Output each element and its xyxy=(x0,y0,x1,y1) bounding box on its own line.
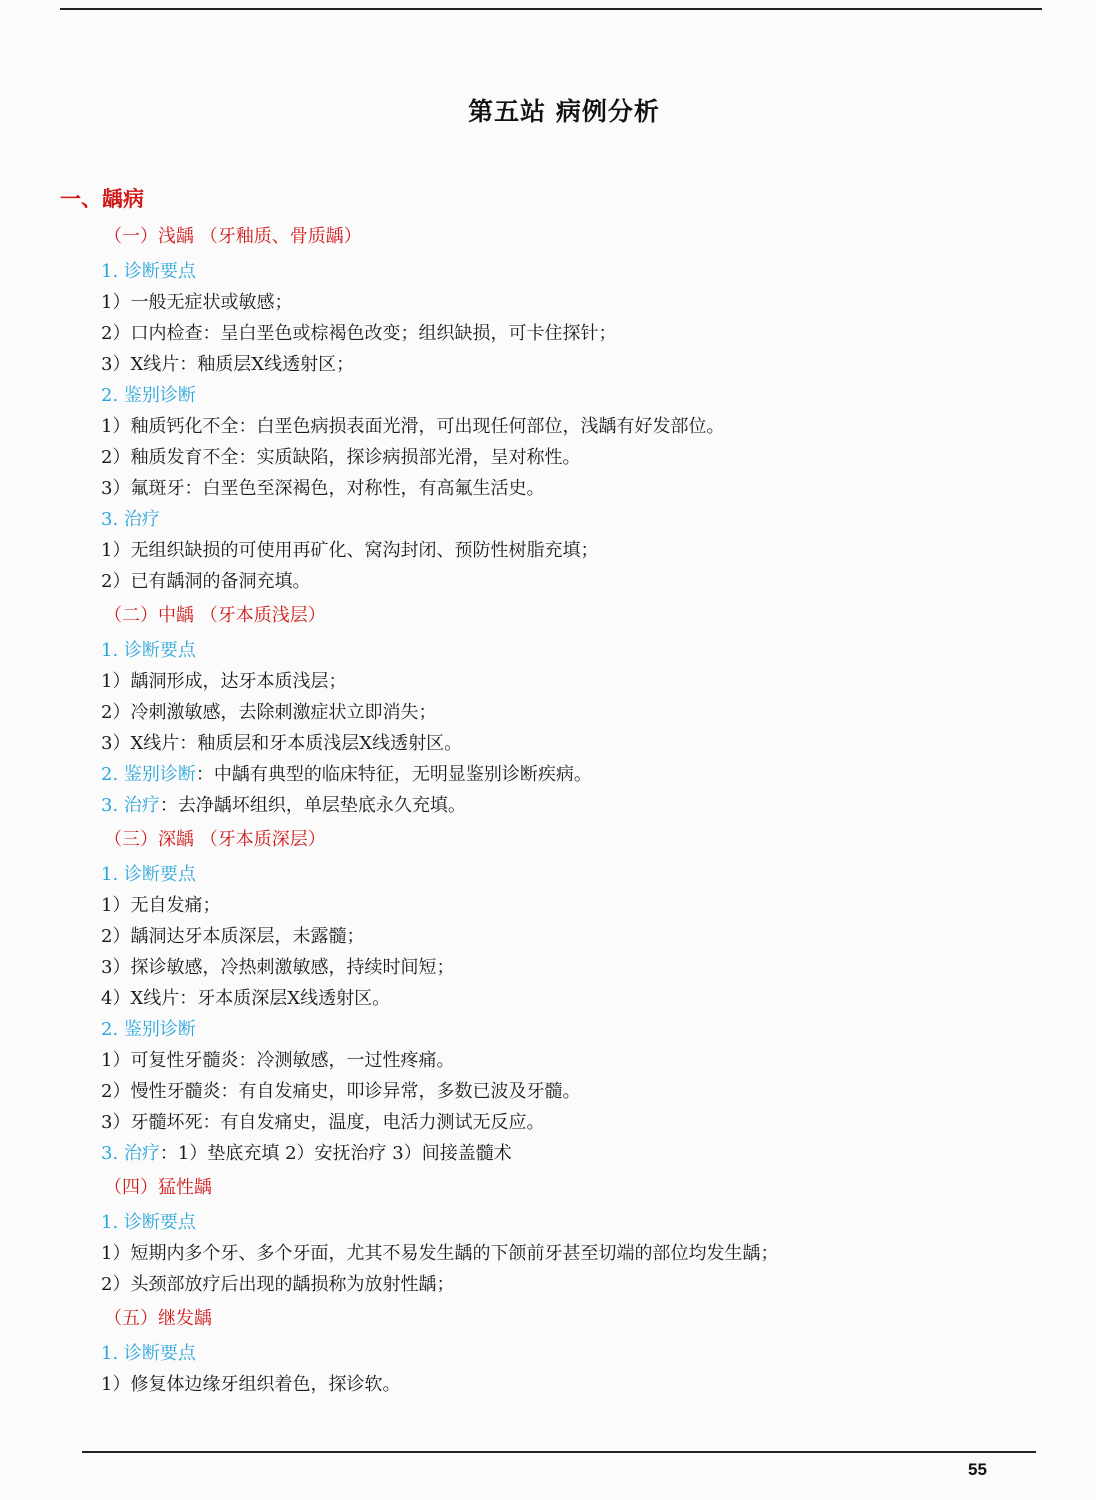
inline-heading: 3. 治疗 xyxy=(101,795,160,816)
list-item: 2）冷刺激敏感，去除刺激症状立即消失； xyxy=(60,697,1040,728)
list-item: 2）慢性牙髓炎：有自发痛史，叩诊异常，多数已波及牙髓。 xyxy=(60,1076,1040,1107)
block-heading: 2. 鉴别诊断 xyxy=(60,1014,1040,1045)
list-item: 3）X线片：釉质层和牙本质浅层X线透射区。 xyxy=(60,728,1040,759)
inline-text: ：中龋有典型的临床特征，无明显鉴别诊断疾病。 xyxy=(196,764,592,785)
subsection-title: （二）中龋 （牙本质浅层） xyxy=(60,597,1040,635)
list-item: 2）釉质发育不全：实质缺陷，探诊病损部光滑，呈对称性。 xyxy=(60,442,1040,473)
block-heading: 3. 治疗 xyxy=(60,504,1040,535)
inline-block: 2. 鉴别诊断：中龋有典型的临床特征，无明显鉴别诊断疾病。 xyxy=(60,759,1040,790)
list-item: 1）修复体边缘牙组织着色，探诊软。 xyxy=(60,1369,1040,1400)
list-item: 1）无自发痛； xyxy=(60,890,1040,921)
inline-block: 3. 治疗：1）垫底充填 2）安抚治疗 3）间接盖髓术 xyxy=(60,1138,1040,1169)
bottom-rule xyxy=(82,1451,1036,1453)
block-heading: 1. 诊断要点 xyxy=(60,1338,1040,1369)
list-item: 2）口内检查：呈白垩色或棕褐色改变；组织缺损，可卡住探针； xyxy=(60,318,1040,349)
page-number: 55 xyxy=(968,1460,987,1480)
subsection-title: （一）浅龋 （牙釉质、骨质龋） xyxy=(60,218,1040,256)
list-item: 3）探诊敏感，冷热刺激敏感，持续时间短； xyxy=(60,952,1040,983)
block-heading: 1. 诊断要点 xyxy=(60,1207,1040,1238)
list-item: 1）可复性牙髓炎：冷测敏感，一过性疼痛。 xyxy=(60,1045,1040,1076)
top-rule xyxy=(60,8,1042,10)
list-item: 2）头颈部放疗后出现的龋损称为放射性龋； xyxy=(60,1269,1040,1300)
list-item: 3）氟斑牙：白垩色至深褐色，对称性，有高氟生活史。 xyxy=(60,473,1040,504)
block-heading: 1. 诊断要点 xyxy=(60,256,1040,287)
list-item: 1）龋洞形成，达牙本质浅层； xyxy=(60,666,1040,697)
list-item: 1）一般无症状或敏感； xyxy=(60,287,1040,318)
page-content: 一、龋病 （一）浅龋 （牙釉质、骨质龋） 1. 诊断要点 1）一般无症状或敏感；… xyxy=(60,180,1040,1400)
list-item: 2）龋洞达牙本质深层，未露髓； xyxy=(60,921,1040,952)
subsection-title: （四）猛性龋 xyxy=(60,1169,1040,1207)
page-title: 第五站 病例分析 xyxy=(0,92,1096,128)
subsection-title: （三）深龋 （牙本质深层） xyxy=(60,821,1040,859)
list-item: 1）短期内多个牙、多个牙面，尤其不易发生龋的下颌前牙甚至切端的部位均发生龋； xyxy=(60,1238,1040,1269)
inline-block: 3. 治疗：去净龋坏组织，单层垫底永久充填。 xyxy=(60,790,1040,821)
inline-heading: 3. 治疗 xyxy=(101,1143,160,1164)
block-heading: 1. 诊断要点 xyxy=(60,635,1040,666)
list-item: 2）已有龋洞的备洞充填。 xyxy=(60,566,1040,597)
list-item: 1）无组织缺损的可使用再矿化、窝沟封闭、预防性树脂充填； xyxy=(60,535,1040,566)
list-item: 4）X线片：牙本质深层X线透射区。 xyxy=(60,983,1040,1014)
list-item: 3）X线片：釉质层X线透射区； xyxy=(60,349,1040,380)
section-title: 一、龋病 xyxy=(60,180,1040,218)
inline-text: ：去净龋坏组织，单层垫底永久充填。 xyxy=(160,795,466,816)
block-heading: 1. 诊断要点 xyxy=(60,859,1040,890)
inline-heading: 2. 鉴别诊断 xyxy=(101,764,196,785)
block-heading: 2. 鉴别诊断 xyxy=(60,380,1040,411)
list-item: 1）釉质钙化不全：白垩色病损表面光滑，可出现任何部位，浅龋有好发部位。 xyxy=(60,411,1040,442)
subsection-title: （五）继发龋 xyxy=(60,1300,1040,1338)
list-item: 3）牙髓坏死：有自发痛史，温度，电活力测试无反应。 xyxy=(60,1107,1040,1138)
inline-text: ：1）垫底充填 2）安抚治疗 3）间接盖髓术 xyxy=(160,1143,512,1164)
